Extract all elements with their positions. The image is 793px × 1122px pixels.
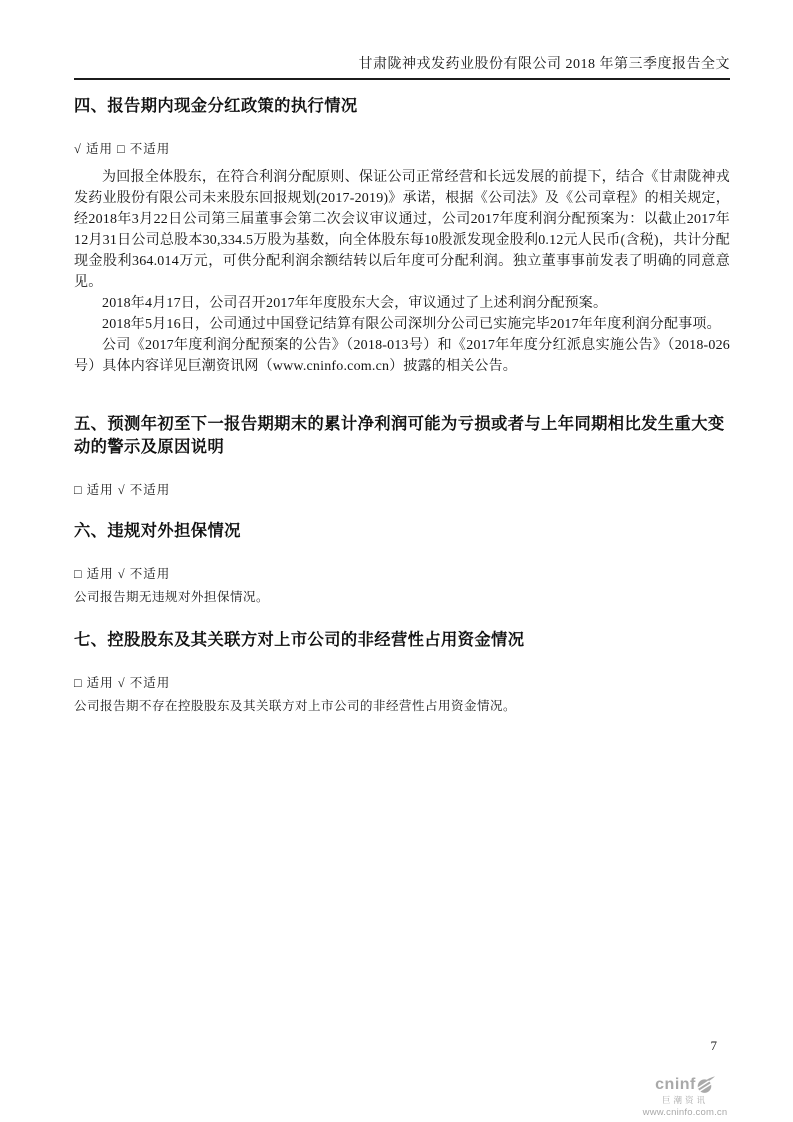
section-6-note: 公司报告期无违规对外担保情况。 — [74, 590, 730, 605]
page-number: 7 — [711, 1038, 718, 1054]
page-header-title: 甘肃陇神戎发药业股份有限公司 2018 年第三季度报告全文 — [359, 57, 731, 72]
cninfo-url: www.cninfo.com.cn — [635, 1108, 735, 1118]
cninfo-logo-row: cninf — [635, 1076, 735, 1094]
section-6-heading: 六、违规对外担保情况 — [74, 520, 730, 543]
paragraph: 2018年4月17日，公司召开2017年年度股东大会，审议通过了上述利润分配预案… — [74, 293, 730, 314]
section-4-applicability: √ 适用 □ 不适用 — [74, 142, 730, 157]
paragraph: 2018年5月16日，公司通过中国登记结算有限公司深圳分公司已实施完毕2017年… — [74, 314, 730, 335]
paragraph: 公司《2017年度利润分配预案的公告》（2018-013号）和《2017年年度分… — [74, 335, 730, 377]
cninfo-brand-text: cninf — [655, 1077, 696, 1093]
cninfo-logo: cninf 巨潮资讯 www.cninfo.com.cn — [635, 1076, 735, 1117]
section-7-applicability: □ 适用 √ 不适用 — [74, 676, 730, 691]
section-6-applicability: □ 适用 √ 不适用 — [74, 567, 730, 582]
page-header: 甘肃陇神戎发药业股份有限公司 2018 年第三季度报告全文 — [74, 56, 730, 80]
section-5-applicability: □ 适用 √ 不适用 — [74, 483, 730, 498]
cninfo-swirl-icon — [697, 1076, 715, 1094]
section-4-heading: 四、报告期内现金分红政策的执行情况 — [74, 95, 730, 118]
report-page: 甘肃陇神戎发药业股份有限公司 2018 年第三季度报告全文 四、报告期内现金分红… — [0, 0, 793, 1122]
page-content: 四、报告期内现金分红政策的执行情况 √ 适用 □ 不适用 为回报全体股东，在符合… — [74, 95, 730, 714]
paragraph: 为回报全体股东，在符合利润分配原则、保证公司正常经营和长远发展的前提下，结合《甘… — [74, 167, 730, 293]
cninfo-caption: 巨潮资讯 — [635, 1096, 735, 1105]
section-7-note: 公司报告期不存在控股股东及其关联方对上市公司的非经营性占用资金情况。 — [74, 699, 730, 714]
section-5-heading: 五、预测年初至下一报告期期末的累计净利润可能为亏损或者与上年同期相比发生重大变动… — [74, 413, 730, 459]
section-4-paragraphs: 为回报全体股东，在符合利润分配原则、保证公司正常经营和长远发展的前提下，结合《甘… — [74, 167, 730, 377]
section-7-heading: 七、控股股东及其关联方对上市公司的非经营性占用资金情况 — [74, 629, 730, 652]
